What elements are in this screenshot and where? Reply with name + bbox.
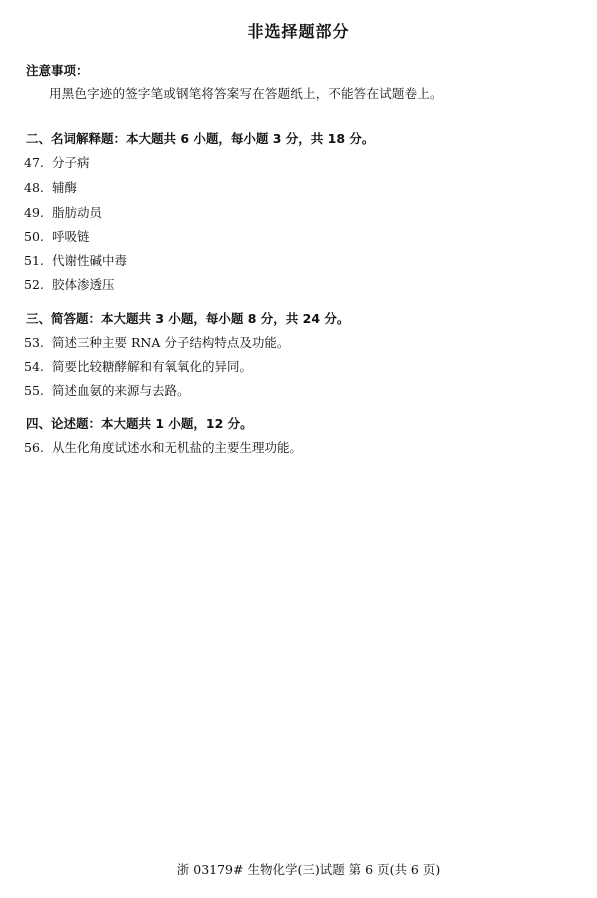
- question-text: 辅酶: [52, 180, 77, 195]
- question-item: 52.胶体渗透压: [24, 275, 115, 293]
- question-text: 简述血氨的来源与去路。: [52, 383, 190, 398]
- notice-label: 注意事项：: [26, 61, 89, 79]
- question-text: 简述三种主要 RNA 分子结构特点及功能。: [52, 335, 289, 350]
- question-item: 47.分子病: [24, 153, 90, 171]
- question-item: 53.简述三种主要 RNA 分子结构特点及功能。: [24, 333, 289, 351]
- question-number: 51.: [24, 253, 52, 268]
- question-text: 呼吸链: [52, 229, 90, 244]
- question-text: 代谢性碱中毒: [52, 253, 127, 268]
- question-number: 56.: [24, 440, 52, 455]
- question-item: 56.从生化角度试述水和无机盐的主要生理功能。: [24, 438, 302, 456]
- section-heading-term-explanation: 二、名词解释题：本大题共 6 小题，每小题 3 分，共 18 分。: [26, 129, 374, 147]
- page-footer: 浙 03179# 生物化学(三)试题 第 6 页(共 6 页): [0, 860, 597, 878]
- question-text: 脂肪动员: [52, 205, 102, 220]
- question-text: 简要比较糖酵解和有氧氧化的异同。: [52, 359, 252, 374]
- question-number: 48.: [24, 180, 52, 195]
- question-number: 50.: [24, 229, 52, 244]
- section-heading-short-answer: 三、简答题：本大题共 3 小题，每小题 8 分，共 24 分。: [26, 309, 349, 327]
- question-item: 49.脂肪动员: [24, 203, 102, 221]
- question-item: 55.简述血氨的来源与去路。: [24, 381, 190, 399]
- question-item: 54.简要比较糖酵解和有氧氧化的异同。: [24, 357, 252, 375]
- question-text: 从生化角度试述水和无机盐的主要生理功能。: [52, 440, 302, 455]
- question-number: 53.: [24, 335, 52, 350]
- page-title: 非选择题部分: [0, 19, 597, 42]
- notice-text: 用黑色字迹的签字笔或钢笔将答案写在答题纸上，不能答在试题卷上。: [49, 84, 443, 102]
- section-heading-essay: 四、论述题：本大题共 1 小题，12 分。: [26, 414, 253, 432]
- question-text: 胶体渗透压: [52, 277, 115, 292]
- question-number: 49.: [24, 205, 52, 220]
- question-item: 51.代谢性碱中毒: [24, 251, 127, 269]
- question-item: 50.呼吸链: [24, 227, 90, 245]
- question-number: 52.: [24, 277, 52, 292]
- question-text: 分子病: [52, 155, 90, 170]
- question-number: 47.: [24, 155, 52, 170]
- question-number: 54.: [24, 359, 52, 374]
- question-number: 55.: [24, 383, 52, 398]
- question-item: 48.辅酶: [24, 178, 77, 196]
